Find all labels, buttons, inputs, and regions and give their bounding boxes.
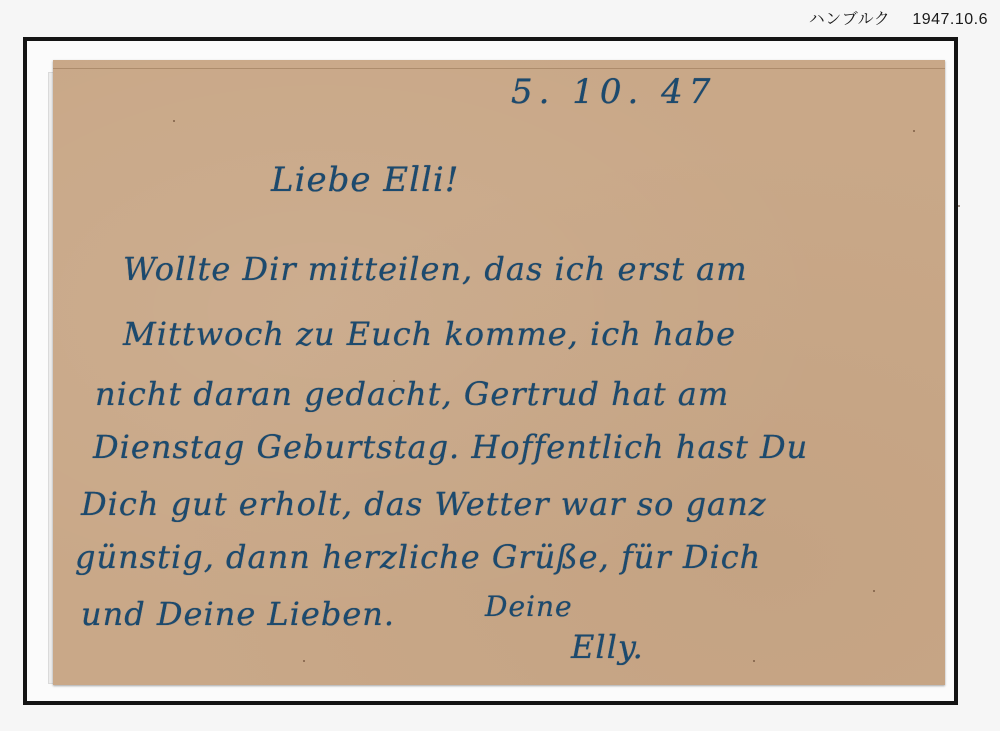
paper-speck (873, 590, 875, 592)
salutation: Liebe Elli! (271, 160, 459, 200)
letter-line: Dienstag Geburtstag. Hoffentlich hast Du (93, 428, 808, 466)
album-page-label: ハンブルク1947.10.6 (809, 6, 988, 29)
letter-line: Mittwoch zu Euch komme, ich habe (123, 315, 736, 353)
paper-speck (303, 660, 305, 662)
place-label: ハンブルク (809, 11, 891, 28)
letter-line: günstig, dann herzliche Grüße, für Dich (75, 538, 761, 576)
paper-speck (173, 120, 175, 122)
paper-speck (753, 660, 755, 662)
paper-speck (958, 205, 960, 207)
date-label: 1947.10.6 (912, 11, 988, 28)
letter-line: Dich gut erholt, das Wetter war so ganz (81, 485, 767, 523)
letter-line: nicht daran gedacht, Gertrud hat am (95, 375, 729, 413)
paper-speck (913, 130, 915, 132)
postcard: 5. 10. 47 Liebe Elli! Wollte Dir mitteil… (53, 60, 945, 685)
signature: Elly. (571, 628, 644, 666)
letter-line: und Deine Lieben. (81, 595, 395, 633)
letter-line: Wollte Dir mitteilen, das ich erst am (123, 250, 748, 288)
handwritten-date: 5. 10. 47 (511, 72, 716, 112)
closing: Deine (485, 590, 573, 623)
